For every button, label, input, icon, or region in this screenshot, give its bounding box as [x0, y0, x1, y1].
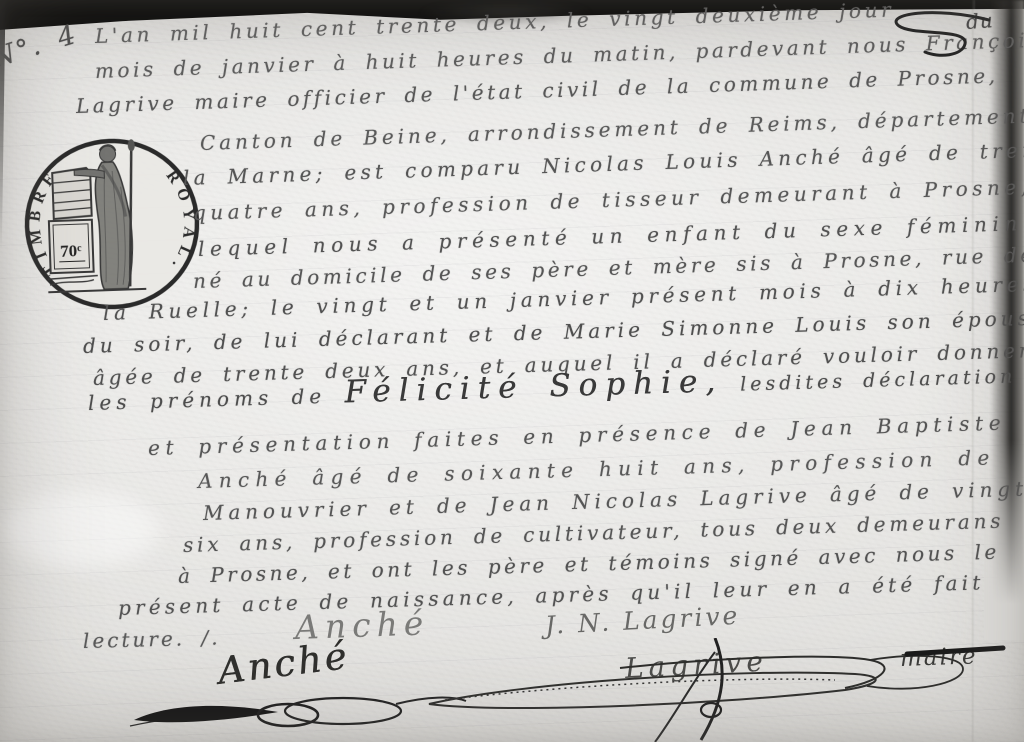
- signature-flourish-lagrive: [415, 638, 1015, 742]
- scanned-birth-record: N°. 4 TIMBRE ROYAL.: [0, 0, 1024, 742]
- paper-light-patch: [0, 492, 160, 568]
- timbre-royal-stamp: TIMBRE ROYAL. 70c: [19, 134, 205, 314]
- manuscript-line-20: lecture. /.: [83, 627, 221, 651]
- paraph-flourish: [865, 6, 995, 66]
- stamp-press-illustration: [44, 168, 98, 286]
